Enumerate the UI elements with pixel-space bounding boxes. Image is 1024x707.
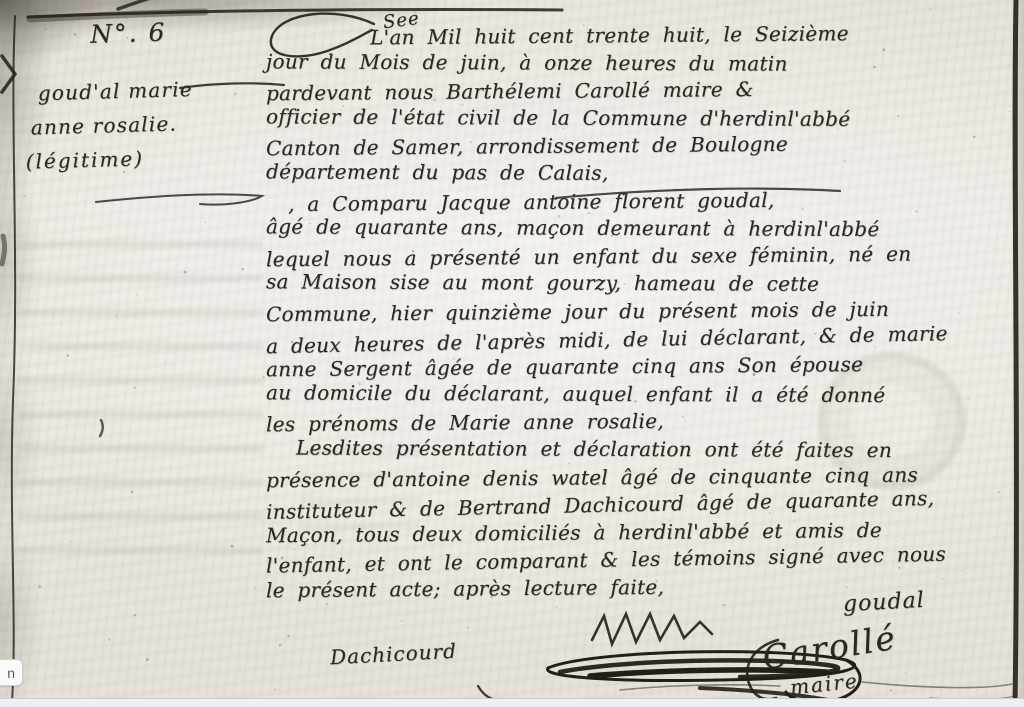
act-line: département du pas de Calais, — [266, 158, 1018, 189]
scanned-register-page: N°. 6 goud'al marie anne rosalie. (légit… — [0, 0, 1024, 707]
act-body-text: L'an Mil huit cent trente huit, le Seizi… — [266, 22, 1018, 601]
signature-mayor-title: maire — [789, 668, 860, 699]
act-line: L'an Mil huit cent trente huit, le Seizi… — [266, 19, 1018, 53]
viewer-bottom-strip — [0, 698, 1024, 707]
handwriting-layer: N°. 6 goud'al marie anne rosalie. (légit… — [0, 0, 1024, 707]
status-tooltip-text: n — [7, 665, 15, 681]
status-tooltip: n — [0, 659, 23, 686]
act-number: N°. 6 — [90, 15, 272, 49]
act-line: Lesdites présentation et déclaration ont… — [266, 434, 1018, 465]
margin-legitimacy: (légitime) — [25, 138, 275, 179]
margin-annotation: N°. 6 goud'al marie anne rosalie. (légit… — [36, 15, 275, 179]
signature-goudal: goudal — [842, 588, 925, 617]
signature-dachicourd: Dachicourd — [329, 639, 457, 670]
signature-carolle: Carollé — [760, 618, 900, 678]
